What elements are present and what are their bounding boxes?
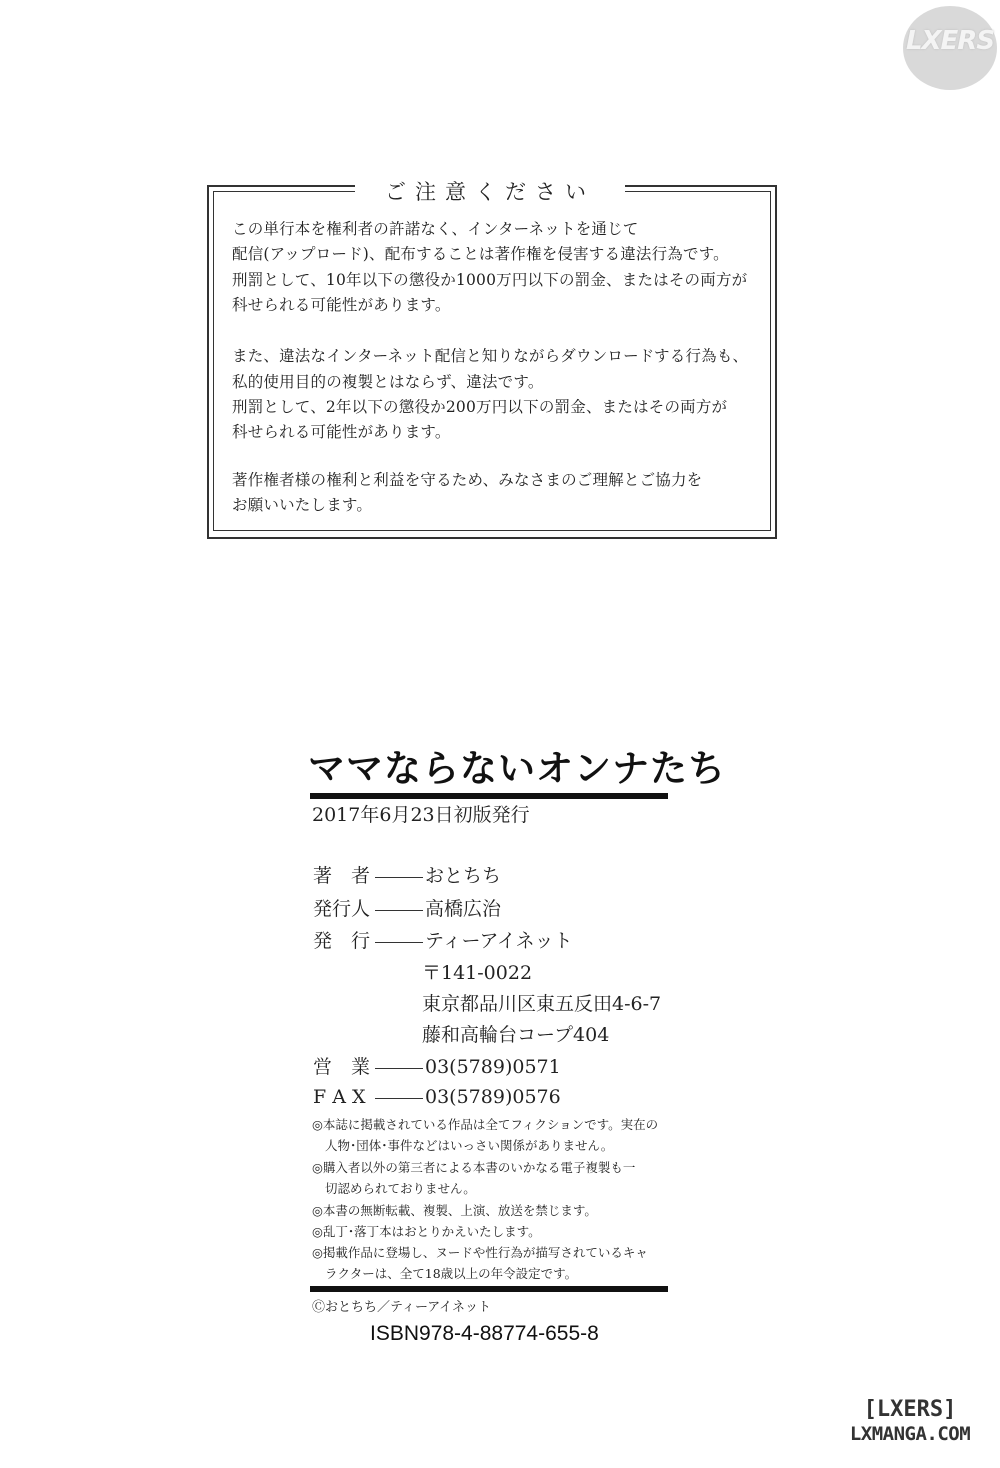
leader-dash <box>375 877 423 878</box>
publication-date: 2017年6月23日初版発行 <box>312 800 530 827</box>
legal-note: ◎掲載作品に登場し、ヌードや性行為が描写されているキャ <box>312 1245 648 1261</box>
info-row-fax: F A X03(5789)0576 <box>313 1084 561 1110</box>
address-postal-code: 〒141-0022 <box>422 960 532 986</box>
notice-line: 科せられる可能性があります。 <box>232 295 451 315</box>
copyright-line: Ⓒおとちち／ティーアイネット <box>312 1296 491 1315</box>
info-row-publisher-person: 発行人高橋広治 <box>313 896 501 922</box>
legal-note: ◎購入者以外の第三者による本書のいかなる電子複製も一 <box>312 1160 635 1176</box>
notice-title: ご注意ください <box>355 176 625 206</box>
leader-dash <box>375 1068 423 1069</box>
info-value: 高橋広治 <box>425 896 501 922</box>
notice-line: お願いいたします。 <box>232 495 372 515</box>
info-row-author: 著 者おとちち <box>313 863 501 889</box>
site-watermark-tag: [LXERS] <box>830 1398 990 1422</box>
legal-note: ◎本書の無断転載、複製、上演、放送を禁じます。 <box>312 1203 597 1219</box>
address-line: 藤和高輪台コープ404 <box>422 1022 609 1048</box>
notice-line: また、違法なインターネット配信と知りながらダウンロードする行為も、 <box>232 346 748 366</box>
divider-rule <box>310 1286 668 1292</box>
divider-rule <box>310 793 668 799</box>
info-value: おとちち <box>425 863 501 889</box>
watermark-badge-text: LXERS <box>903 26 997 56</box>
info-row-sales: 営 業03(5789)0571 <box>313 1054 561 1080</box>
info-value: 03(5789)0571 <box>425 1054 561 1080</box>
notice-line: 刑罰として、2年以下の懲役か200万円以下の罰金、またはその両方が <box>232 397 727 417</box>
book-title: ママならないオンナたち <box>308 738 726 792</box>
notice-line: 著作権者様の権利と利益を守るため、みなさまのご理解とご協力を <box>232 470 702 490</box>
legal-note: ◎乱丁･落丁本はおとりかえいたします。 <box>312 1224 541 1240</box>
isbn: ISBN978-4-88774-655-8 <box>370 1322 599 1346</box>
info-label: 発行人 <box>313 896 375 922</box>
legal-note-continued: 切認められておりません。 <box>325 1181 476 1197</box>
leader-dash <box>375 910 423 911</box>
notice-line: 刑罰として、10年以下の懲役か1000万円以下の罰金、またはその両方が <box>232 270 747 290</box>
info-value: 03(5789)0576 <box>425 1084 561 1110</box>
legal-note: ◎本誌に掲載されている作品は全てフィクションです。実在の <box>312 1117 658 1133</box>
legal-note-continued: ラクターは、全て18歳以上の年令設定です。 <box>325 1266 577 1282</box>
info-label: 著 者 <box>313 863 375 889</box>
info-label: 営 業 <box>313 1054 375 1080</box>
info-value: ティーアイネット <box>425 928 573 954</box>
site-watermark: [LXERS] LXMANGA.COM <box>830 1398 990 1446</box>
notice-line: 配信(アップロード)、配布することは著作権を侵害する違法行為です。 <box>232 244 729 264</box>
legal-note-continued: 人物･団体･事件などはいっさい関係がありません。 <box>325 1138 613 1154</box>
info-row-publisher: 発 行ティーアイネット <box>313 928 573 954</box>
notice-line: 私的使用目的の複製とはならず、違法です。 <box>232 372 544 392</box>
info-label: F A X <box>313 1084 375 1110</box>
site-watermark-domain: LXMANGA.COM <box>830 1422 990 1446</box>
notice-line: 科せられる可能性があります。 <box>232 422 451 442</box>
info-label: 発 行 <box>313 928 375 954</box>
leader-dash <box>375 1098 423 1099</box>
notice-line: この単行本を権利者の許諾なく、インターネットを通じて <box>232 219 639 239</box>
leader-dash <box>375 942 423 943</box>
address-line: 東京都品川区東五反田4-6-7 <box>422 991 661 1017</box>
